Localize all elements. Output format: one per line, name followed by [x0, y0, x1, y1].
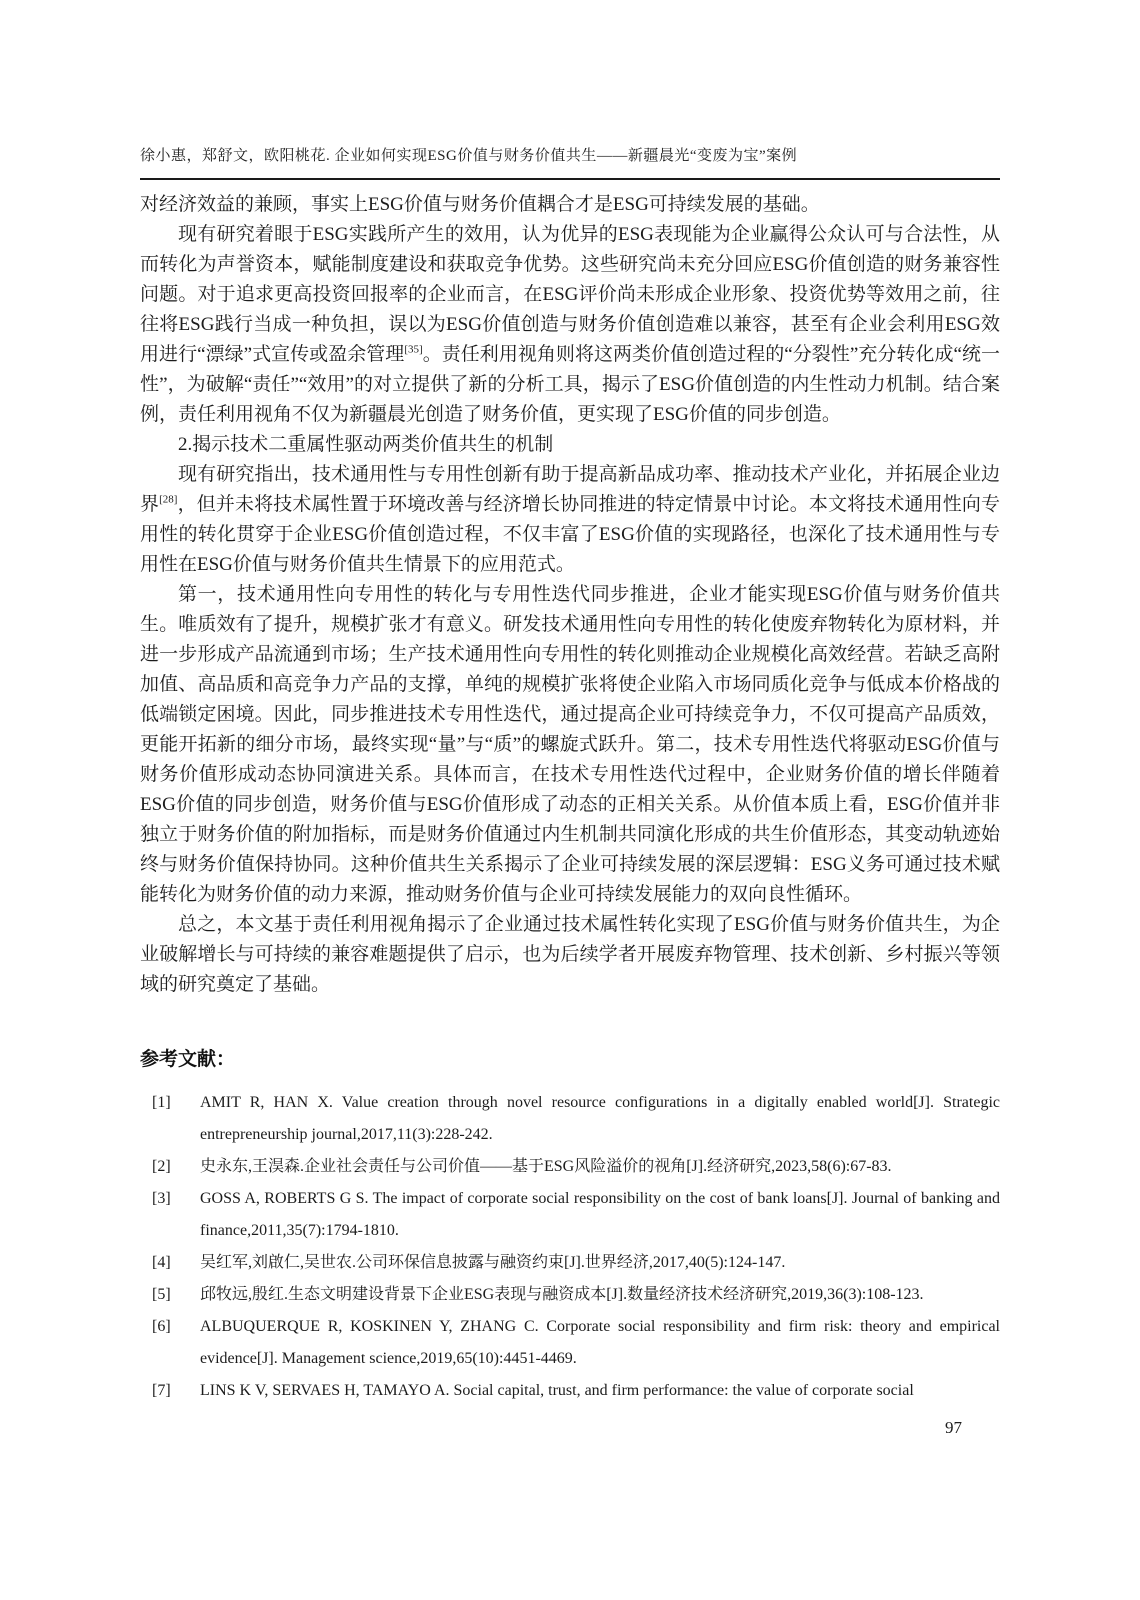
reference-item: [3] GOSS A, ROBERTS G S. The impact of c… — [140, 1183, 1000, 1247]
references-heading: 参考文献： — [140, 1044, 1000, 1071]
citation-superscript: [35] — [404, 344, 422, 356]
reference-marker: [1] — [152, 1087, 186, 1119]
reference-marker: [6] — [152, 1311, 186, 1343]
header-divider — [140, 178, 1000, 180]
reference-text: ALBUQUERQUE R, KOSKINEN Y, ZHANG C. Corp… — [200, 1311, 1000, 1375]
paragraph: 现有研究着眼于ESG实践所产生的效用，认为优异的ESG表现能为企业赢得公众认可与… — [140, 220, 1000, 430]
paragraph: 总之，本文基于责任利用视角揭示了企业通过技术属性转化实现了ESG价值与财务价值共… — [140, 910, 1000, 1000]
page-footer: 97 — [945, 1418, 962, 1438]
reference-marker: [3] — [152, 1183, 186, 1215]
reference-marker: [4] — [152, 1247, 186, 1279]
references-section: 参考文献： [1] AMIT R, HAN X. Value creation … — [140, 1044, 1000, 1407]
citation-superscript: [28] — [159, 494, 177, 506]
running-head: 徐小惠，郑舒文，欧阳桃花. 企业如何实现ESG价值与财务价值共生——新疆晨光“变… — [140, 146, 1000, 166]
reference-text: 史永东,王淏森.企业社会责任与公司价值——基于ESG风险溢价的视角[J].经济研… — [200, 1151, 1000, 1183]
reference-item: [6] ALBUQUERQUE R, KOSKINEN Y, ZHANG C. … — [140, 1311, 1000, 1375]
paragraph: 现有研究指出，技术通用性与专用性创新有助于提高新品成功率、推动技术产业化，并拓展… — [140, 460, 1000, 580]
reference-marker: [7] — [152, 1375, 186, 1407]
reference-marker: [5] — [152, 1279, 186, 1311]
paragraph: 第一，技术通用性向专用性的转化与专用性迭代同步推进，企业才能实现ESG价值与财务… — [140, 580, 1000, 910]
page-number: 97 — [945, 1418, 962, 1437]
reference-text: 吴红军,刘啟仁,吴世农.公司环保信息披露与融资约束[J].世界经济,2017,4… — [200, 1247, 1000, 1279]
paragraph-text: ，但并未将技术属性置于环境改善与经济增长协同推进的特定情景中讨论。本文将技术通用… — [140, 494, 1000, 575]
reference-text: LINS K V, SERVAES H, TAMAYO A. Social ca… — [200, 1375, 1000, 1407]
reference-text: 邱牧远,殷红.生态文明建设背景下企业ESG表现与融资成本[J].数量经济技术经济… — [200, 1279, 1000, 1311]
reference-list: [1] AMIT R, HAN X. Value creation throug… — [140, 1087, 1000, 1407]
reference-item: [4] 吴红军,刘啟仁,吴世农.公司环保信息披露与融资约束[J].世界经济,20… — [140, 1247, 1000, 1279]
reference-text: GOSS A, ROBERTS G S. The impact of corpo… — [200, 1183, 1000, 1247]
reference-item: [5] 邱牧远,殷红.生态文明建设背景下企业ESG表现与融资成本[J].数量经济… — [140, 1279, 1000, 1311]
article-body: 对经济效益的兼顾，事实上ESG价值与财务价值耦合才是ESG可持续发展的基础。 现… — [140, 190, 1000, 1000]
reference-item: [1] AMIT R, HAN X. Value creation throug… — [140, 1087, 1000, 1151]
section-heading: 2.揭示技术二重属性驱动两类价值共生的机制 — [140, 430, 1000, 460]
reference-item: [2] 史永东,王淏森.企业社会责任与公司价值——基于ESG风险溢价的视角[J]… — [140, 1151, 1000, 1183]
reference-marker: [2] — [152, 1151, 186, 1183]
page-header: 徐小惠，郑舒文，欧阳桃花. 企业如何实现ESG价值与财务价值共生——新疆晨光“变… — [140, 146, 1000, 180]
reference-text: AMIT R, HAN X. Value creation through no… — [200, 1087, 1000, 1151]
paragraph-continuation: 对经济效益的兼顾，事实上ESG价值与财务价值耦合才是ESG可持续发展的基础。 — [140, 190, 1000, 220]
journal-page: 徐小惠，郑舒文，欧阳桃花. 企业如何实现ESG价值与财务价值共生——新疆晨光“变… — [0, 0, 1140, 1600]
reference-item: [7] LINS K V, SERVAES H, TAMAYO A. Socia… — [140, 1375, 1000, 1407]
